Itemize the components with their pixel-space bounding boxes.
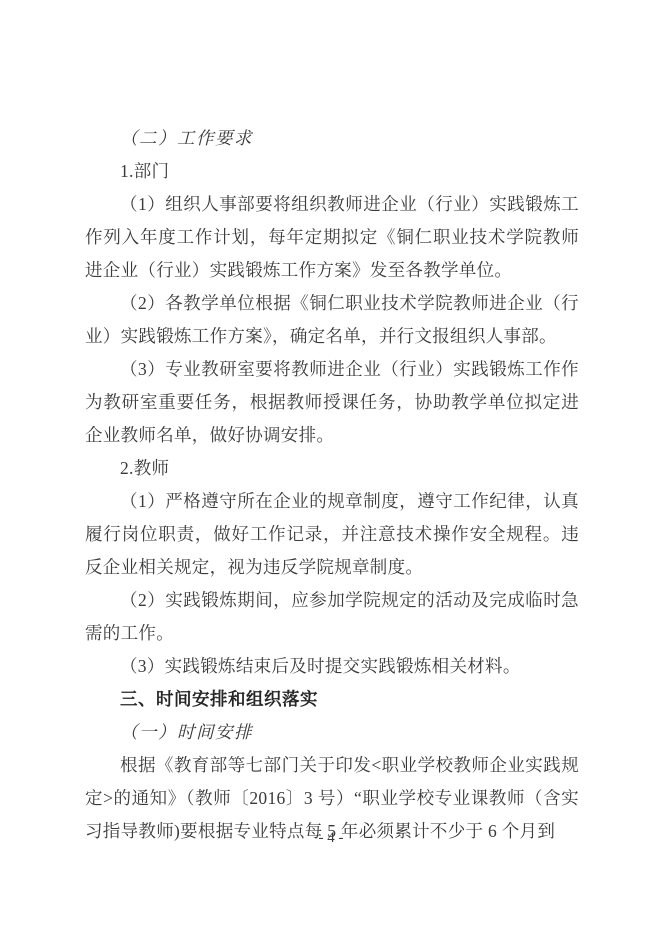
subsection-heading-work-requirements: （二）工作要求 <box>85 122 579 155</box>
numbered-item-department: 1.部门 <box>85 155 579 188</box>
paragraph-dept-2: （2）各教学单位根据《铜仁职业技术学院教师进企业（行业）实践锻炼工作方案》，确定… <box>85 287 579 353</box>
numbered-item-teacher: 2.教师 <box>85 452 579 485</box>
subsection-heading-time-arrangement: （一）时间安排 <box>85 716 579 749</box>
page-number: - 4 - <box>0 826 662 850</box>
paragraph-dept-1: （1）组织人事部要将组织教师进企业（行业）实践锻炼工作列入年度工作计划，每年定期… <box>85 188 579 287</box>
document-page: （二）工作要求 1.部门 （1）组织人事部要将组织教师进企业（行业）实践锻炼工作… <box>0 0 662 936</box>
paragraph-teacher-1: （1）严格遵守所在企业的规章制度，遵守工作纪律，认真履行岗位职责，做好工作记录，… <box>85 485 579 584</box>
paragraph-dept-3: （3）专业教研室要将教师进企业（行业）实践锻炼工作作为教研室重要任务，根据教师授… <box>85 353 579 452</box>
section-heading-schedule: 三、时间安排和组织落实 <box>85 683 579 716</box>
paragraph-teacher-2: （2）实践锻炼期间，应参加学院规定的活动及完成临时急需的工作。 <box>85 584 579 650</box>
document-body: （二）工作要求 1.部门 （1）组织人事部要将组织教师进企业（行业）实践锻炼工作… <box>85 122 579 848</box>
paragraph-teacher-3: （3）实践锻炼结束后及时提交实践锻炼相关材料。 <box>85 650 579 683</box>
